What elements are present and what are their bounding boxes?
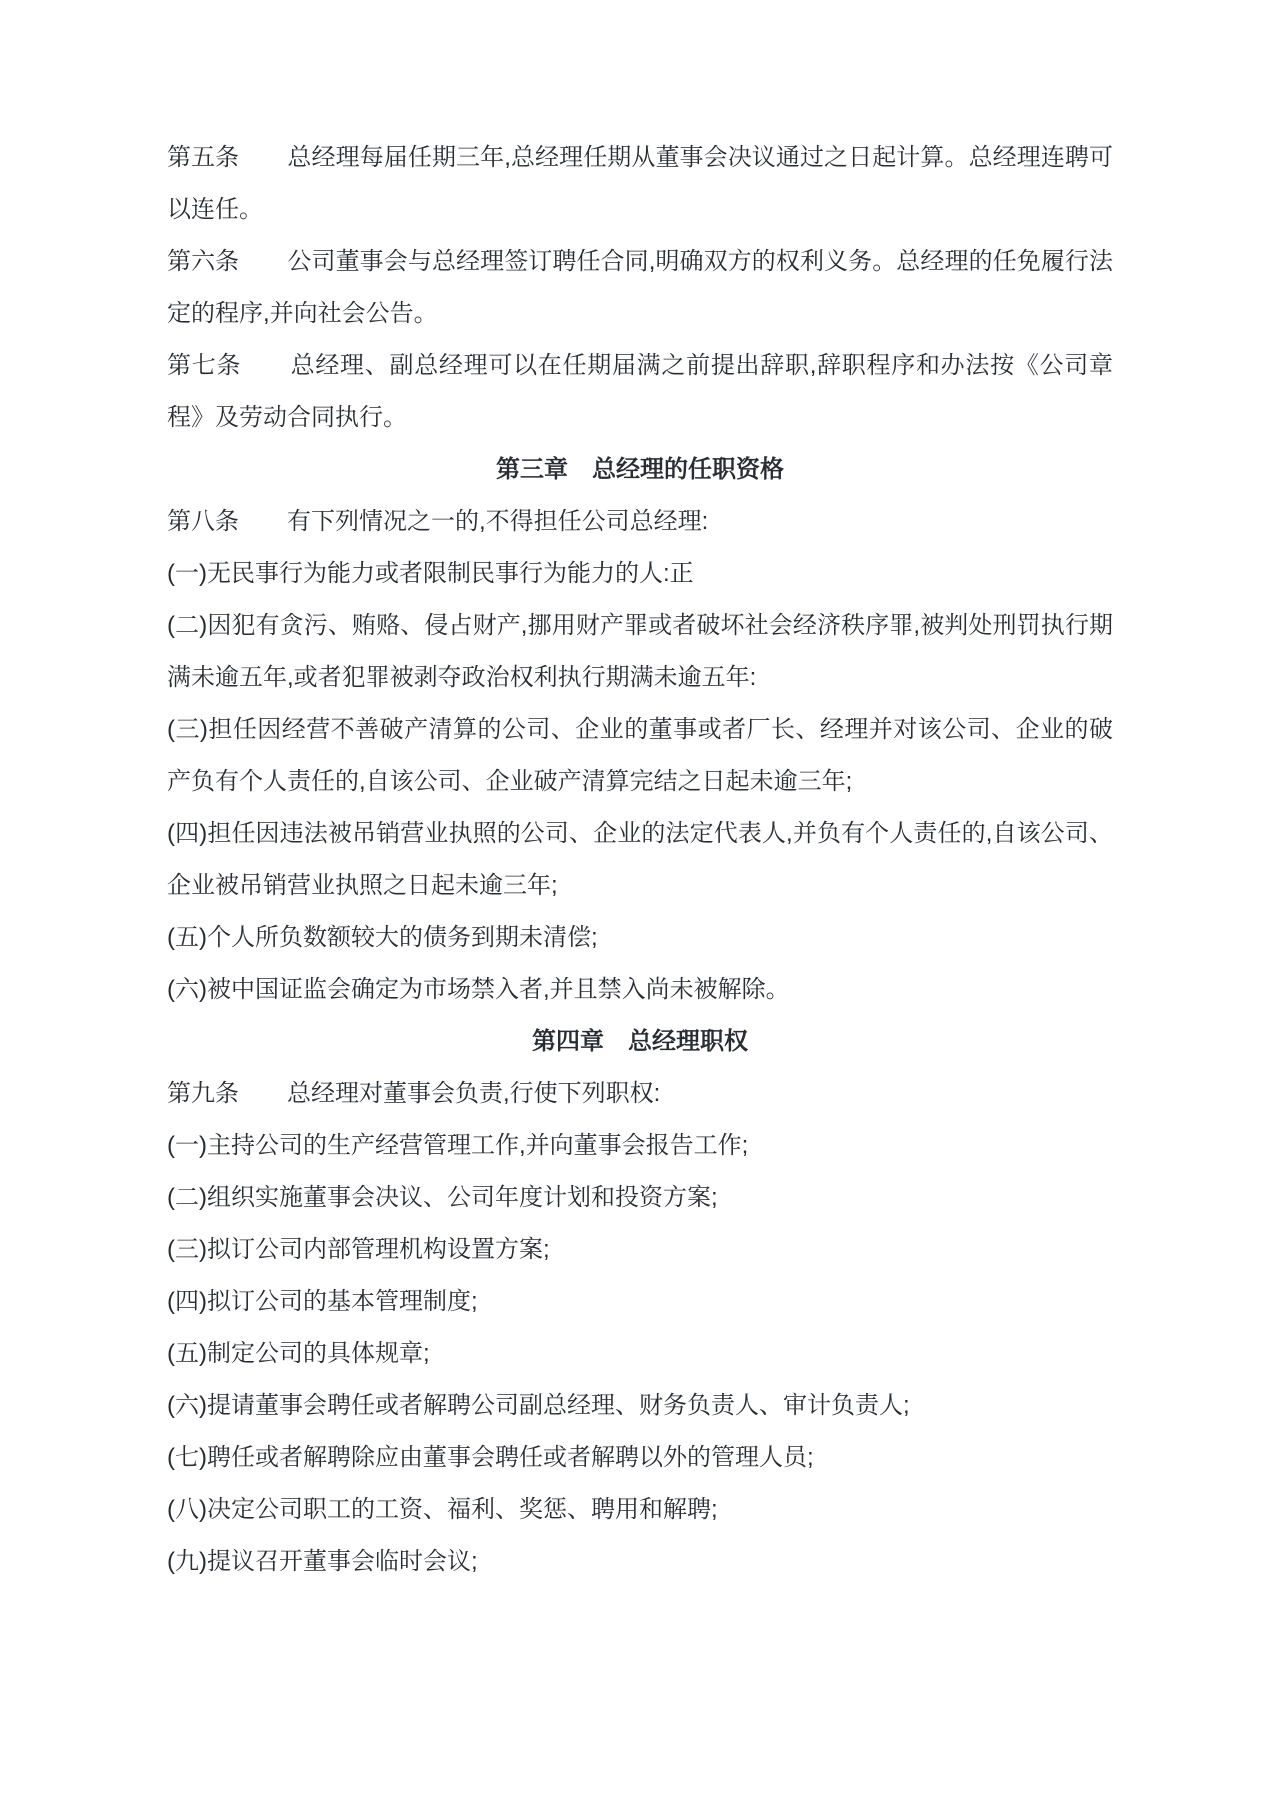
document-page: 第五条 总经理每届任期三年,总经理任期从董事会决议通过之日起计算。总经理连聘可以… xyxy=(0,0,1280,1811)
paragraph: (六)提请董事会聘任或者解聘公司副总经理、财务负责人、审计负责人; xyxy=(167,1380,1113,1432)
paragraph: (五)个人所负数额较大的债务到期未清偿; xyxy=(167,912,1113,964)
chapter-heading: 第三章 总经理的任职资格 xyxy=(167,444,1113,496)
paragraph: (一)无民事行为能力或者限制民事行为能力的人:正 xyxy=(167,548,1113,600)
paragraph: 第六条 公司董事会与总经理签订聘任合同,明确双方的权利义务。总经理的任免履行法定… xyxy=(167,236,1113,340)
paragraph: (五)制定公司的具体规章; xyxy=(167,1328,1113,1380)
paragraph: (二)因犯有贪污、贿赂、侵占财产,挪用财产罪或者破坏社会经济秩序罪,被判处刑罚执… xyxy=(167,600,1113,704)
chapter-heading: 第四章 总经理职权 xyxy=(167,1016,1113,1068)
paragraph: 第五条 总经理每届任期三年,总经理任期从董事会决议通过之日起计算。总经理连聘可以… xyxy=(167,132,1113,236)
paragraph: 第八条 有下列情况之一的,不得担任公司总经理: xyxy=(167,496,1113,548)
paragraph: (四)拟订公司的基本管理制度; xyxy=(167,1276,1113,1328)
paragraph: (三)担任因经营不善破产清算的公司、企业的董事或者厂长、经理并对该公司、企业的破… xyxy=(167,704,1113,808)
document-body: 第五条 总经理每届任期三年,总经理任期从董事会决议通过之日起计算。总经理连聘可以… xyxy=(167,132,1113,1588)
paragraph: (四)担任因违法被吊销营业执照的公司、企业的法定代表人,并负有个人责任的,自该公… xyxy=(167,808,1113,912)
paragraph: (八)决定公司职工的工资、福利、奖惩、聘用和解聘; xyxy=(167,1484,1113,1536)
paragraph: (三)拟订公司内部管理机构设置方案; xyxy=(167,1224,1113,1276)
paragraph: 第九条 总经理对董事会负责,行使下列职权: xyxy=(167,1068,1113,1120)
paragraph: (二)组织实施董事会决议、公司年度计划和投资方案; xyxy=(167,1172,1113,1224)
paragraph: (一)主持公司的生产经营管理工作,并向董事会报告工作; xyxy=(167,1120,1113,1172)
paragraph: (九)提议召开董事会临时会议; xyxy=(167,1536,1113,1588)
paragraph: (六)被中国证监会确定为市场禁入者,并且禁入尚未被解除。 xyxy=(167,964,1113,1016)
paragraph: 第七条 总经理、副总经理可以在任期届满之前提出辞职,辞职程序和办法按《公司章程》… xyxy=(167,340,1113,444)
paragraph: (七)聘任或者解聘除应由董事会聘任或者解聘以外的管理人员; xyxy=(167,1432,1113,1484)
